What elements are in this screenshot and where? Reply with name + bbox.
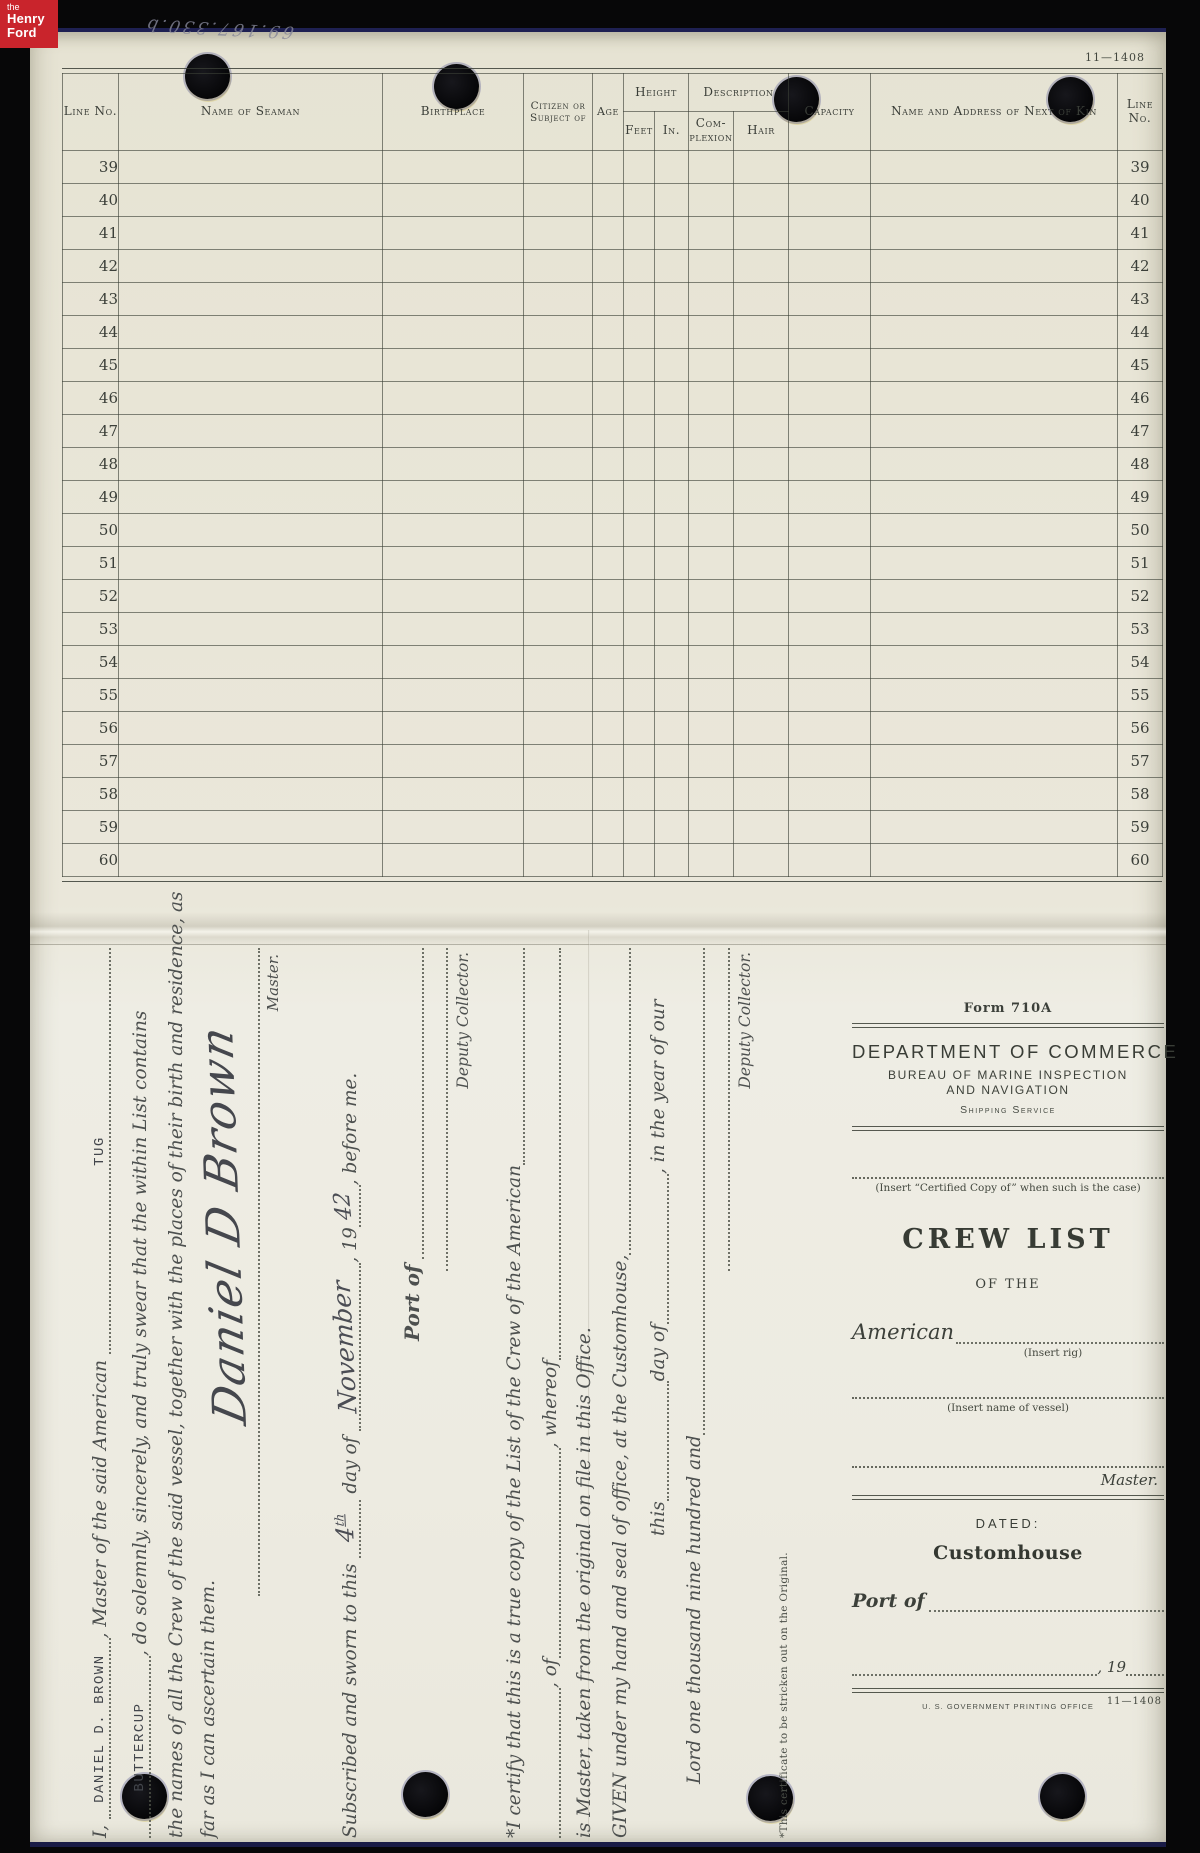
- form-number-top: 11—1408: [1085, 51, 1145, 64]
- empty-cell-citizen: [524, 514, 593, 547]
- header-citizen: Citizen or Subject of: [524, 74, 593, 151]
- empty-cell-inches: [655, 151, 689, 184]
- empty-cell-hair: [734, 184, 789, 217]
- header-hair: Hair: [734, 112, 789, 151]
- empty-cell-feet: [624, 547, 655, 580]
- empty-cell-complexion: [689, 250, 734, 283]
- line-number-right: 50: [1118, 514, 1163, 547]
- empty-cell-birthplace: [383, 481, 524, 514]
- table-row: 48 48: [63, 448, 1163, 481]
- bureau-line-2: AND NAVIGATION: [852, 1083, 1164, 1098]
- table-row: 54 54: [63, 646, 1163, 679]
- empty-cell-name: [119, 481, 383, 514]
- line-number-left: 59: [63, 811, 119, 844]
- empty-cell-birthplace: [383, 547, 524, 580]
- empty-cell-next-of-kin: [871, 184, 1118, 217]
- empty-cell-inches: [655, 349, 689, 382]
- empty-cell-inches: [655, 547, 689, 580]
- certified-copy-blank: [852, 1175, 1164, 1179]
- certified-copy-note: (Insert “Certified Copy of” when such is…: [852, 1182, 1164, 1194]
- empty-cell-capacity: [789, 580, 871, 613]
- empty-cell-inches: [655, 844, 689, 877]
- empty-cell-citizen: [524, 415, 593, 448]
- empty-cell-age: [593, 448, 624, 481]
- empty-cell-citizen: [524, 349, 593, 382]
- empty-cell-name: [119, 811, 383, 844]
- year-of-our-label: , in the year of our: [648, 999, 669, 1174]
- line-number-right: 52: [1118, 580, 1163, 613]
- empty-cell-age: [593, 679, 624, 712]
- table-row: 59 59: [63, 811, 1163, 844]
- empty-cell-age: [593, 547, 624, 580]
- empty-cell-complexion: [689, 184, 734, 217]
- empty-cell-name: [119, 646, 383, 679]
- date-blank: [852, 1659, 1097, 1676]
- table-row: 41 41: [63, 217, 1163, 250]
- bureau-line-1: BUREAU OF MARINE INSPECTION: [852, 1068, 1164, 1083]
- empty-cell-next-of-kin: [871, 613, 1118, 646]
- insert-vessel-caption: (Insert name of vessel): [852, 1402, 1164, 1414]
- empty-cell-complexion: [689, 811, 734, 844]
- day-handwritten: 4th: [330, 1513, 360, 1543]
- empty-cell-age: [593, 646, 624, 679]
- empty-cell-next-of-kin: [871, 547, 1118, 580]
- empty-cell-hair: [734, 448, 789, 481]
- line-number-left: 53: [63, 613, 119, 646]
- oath-line-3: the names of all the Crew of the said ve…: [166, 948, 187, 1838]
- shipping-service-label: Shipping Service: [852, 1104, 1164, 1116]
- empty-cell-name: [119, 613, 383, 646]
- empty-cell-next-of-kin: [871, 811, 1118, 844]
- gpo-footer: U. S. GOVERNMENT PRINTING OFFICE 11—1408: [852, 1698, 1164, 1712]
- empty-cell-hair: [734, 382, 789, 415]
- empty-cell-complexion: [689, 448, 734, 481]
- empty-cell-age: [593, 316, 624, 349]
- empty-cell-feet: [624, 679, 655, 712]
- empty-cell-age: [593, 514, 624, 547]
- empty-cell-inches: [655, 646, 689, 679]
- port-of-line: Port of: [400, 948, 424, 1341]
- photo-of-crew-list-form: { "branding": {"the": "the", "henry": "H…: [0, 0, 1200, 1853]
- empty-cell-feet: [624, 184, 655, 217]
- empty-cell-hair: [734, 844, 789, 877]
- certify-line-4: GIVEN under my hand and seal of office, …: [610, 948, 631, 1838]
- empty-cell-inches: [655, 679, 689, 712]
- empty-cell-name: [119, 217, 383, 250]
- empty-cell-feet: [624, 151, 655, 184]
- empty-cell-next-of-kin: [871, 250, 1118, 283]
- empty-cell-feet: [624, 448, 655, 481]
- empty-cell-capacity: [789, 844, 871, 877]
- certify-line-3: is Master, taken from the original on fi…: [574, 948, 595, 1838]
- empty-cell-feet: [624, 712, 655, 745]
- empty-cell-citizen: [524, 283, 593, 316]
- year-19-label: , 19: [1097, 1658, 1126, 1676]
- deputy-signature-line: [446, 948, 448, 1271]
- empty-cell-capacity: [789, 679, 871, 712]
- oath-line-2: BUTTERCUP , do solemnly, sincerely, and …: [130, 948, 151, 1838]
- gpo-imprint: U. S. GOVERNMENT PRINTING OFFICE: [922, 1702, 1094, 1711]
- vessel-name-typed: BUTTERCUP: [132, 1656, 151, 1838]
- line-number-left: 60: [63, 844, 119, 877]
- certify-text-6: Lord one thousand nine hundred and: [684, 1435, 705, 1784]
- certify-blank-2a: [541, 1688, 562, 1838]
- empty-cell-inches: [655, 778, 689, 811]
- empty-cell-age: [593, 250, 624, 283]
- table-row: 52 52: [63, 580, 1163, 613]
- empty-cell-capacity: [789, 514, 871, 547]
- line-number-left: 55: [63, 679, 119, 712]
- empty-cell-complexion: [689, 679, 734, 712]
- empty-cell-complexion: [689, 514, 734, 547]
- empty-cell-citizen: [524, 745, 593, 778]
- empty-cell-next-of-kin: [871, 745, 1118, 778]
- certify-blank-2c: [541, 948, 562, 1360]
- table-row: 43 43: [63, 283, 1163, 316]
- empty-cell-next-of-kin: [871, 151, 1118, 184]
- certificate-footnote: *This certificate to be stricken out on …: [778, 1552, 790, 1838]
- empty-cell-age: [593, 844, 624, 877]
- deputy-collector-label: Deputy Collector.: [454, 952, 472, 1089]
- empty-cell-next-of-kin: [871, 712, 1118, 745]
- empty-cell-age: [593, 283, 624, 316]
- table-row: 47 47: [63, 415, 1163, 448]
- line-number-left: 43: [63, 283, 119, 316]
- line-number-right: 58: [1118, 778, 1163, 811]
- line-number-left: 54: [63, 646, 119, 679]
- table-body: 39 39 40: [63, 151, 1163, 877]
- empty-cell-complexion: [689, 547, 734, 580]
- empty-cell-hair: [734, 613, 789, 646]
- empty-cell-next-of-kin: [871, 316, 1118, 349]
- empty-cell-complexion: [689, 778, 734, 811]
- line-number-left: 57: [63, 745, 119, 778]
- header-age: Age: [593, 74, 624, 151]
- empty-cell-citizen: [524, 184, 593, 217]
- day-of-label: day of: [648, 1324, 669, 1381]
- table-row: 55 55: [63, 679, 1163, 712]
- empty-cell-name: [119, 250, 383, 283]
- empty-cell-complexion: [689, 151, 734, 184]
- subscribed-pre: Subscribed and sworn to this: [340, 1563, 361, 1838]
- empty-cell-birthplace: [383, 712, 524, 745]
- line-number-left: 44: [63, 316, 119, 349]
- empty-cell-age: [593, 811, 624, 844]
- double-rule: [852, 1688, 1164, 1693]
- line-number-left: 52: [63, 580, 119, 613]
- line-number-left: 42: [63, 250, 119, 283]
- line-number-left: 45: [63, 349, 119, 382]
- certify-blank-5b: [649, 1174, 670, 1324]
- whereof-label: , whereof: [540, 1360, 561, 1448]
- header-birthplace: Birthplace: [383, 74, 524, 151]
- american-label: American: [852, 1320, 954, 1344]
- empty-cell-citizen: [524, 811, 593, 844]
- line-number-right: 51: [1118, 547, 1163, 580]
- empty-cell-birthplace: [383, 316, 524, 349]
- punch-hole: [1040, 1774, 1085, 1819]
- empty-cell-birthplace: [383, 415, 524, 448]
- empty-cell-name: [119, 745, 383, 778]
- empty-cell-complexion: [689, 415, 734, 448]
- empty-cell-citizen: [524, 712, 593, 745]
- double-rule: [852, 1495, 1164, 1500]
- empty-cell-hair: [734, 316, 789, 349]
- certify-blank-4: [611, 948, 632, 1255]
- year-handwritten: 42: [329, 1192, 357, 1221]
- empty-cell-inches: [655, 811, 689, 844]
- header-complexion: Com-plexion: [689, 112, 734, 151]
- deputy-signature-line-2: [728, 948, 730, 1271]
- header-capacity: Capacity: [789, 74, 871, 151]
- logo-word-henry: Henry: [7, 12, 58, 26]
- empty-cell-next-of-kin: [871, 217, 1118, 250]
- certify-blank-2b: [541, 1448, 562, 1658]
- empty-cell-age: [593, 349, 624, 382]
- header-inches: In.: [655, 112, 689, 151]
- empty-cell-birthplace: [383, 811, 524, 844]
- empty-cell-capacity: [789, 316, 871, 349]
- empty-cell-complexion: [689, 316, 734, 349]
- empty-cell-next-of-kin: [871, 778, 1118, 811]
- empty-cell-name: [119, 679, 383, 712]
- empty-cell-complexion: [689, 844, 734, 877]
- line-number-left: 48: [63, 448, 119, 481]
- month-handwritten: November: [326, 1279, 362, 1414]
- department-title: DEPARTMENT OF COMMERCE: [852, 1041, 1164, 1063]
- empty-cell-birthplace: [383, 349, 524, 382]
- empty-cell-age: [593, 778, 624, 811]
- table-row: 58 58: [63, 778, 1163, 811]
- empty-cell-citizen: [524, 448, 593, 481]
- american-rig-line: American: [852, 1320, 1164, 1344]
- empty-cell-feet: [624, 283, 655, 316]
- empty-cell-age: [593, 151, 624, 184]
- table-top-rule: [62, 68, 1162, 69]
- of-the-label: OF THE: [852, 1277, 1164, 1292]
- line-number-right: 55: [1118, 679, 1163, 712]
- form-title-block: Form 710A DEPARTMENT OF COMMERCE BUREAU …: [852, 997, 1164, 1712]
- date-year-line: , 19: [852, 1658, 1164, 1676]
- empty-cell-next-of-kin: [871, 679, 1118, 712]
- empty-cell-age: [593, 580, 624, 613]
- line-number-right: 42: [1118, 250, 1163, 283]
- empty-cell-inches: [655, 613, 689, 646]
- empty-cell-feet: [624, 514, 655, 547]
- oath-line1-mid: , Master of the said American: [90, 1360, 111, 1638]
- empty-cell-hair: [734, 580, 789, 613]
- empty-cell-hair: [734, 745, 789, 778]
- empty-cell-birthplace: [383, 151, 524, 184]
- subscribed-line: Subscribed and sworn to this 4th day of …: [330, 948, 361, 1838]
- empty-cell-inches: [655, 415, 689, 448]
- table-row: 57 57: [63, 745, 1163, 778]
- port-of-blank-bottom: [929, 1598, 1164, 1612]
- empty-cell-capacity: [789, 613, 871, 646]
- empty-cell-name: [119, 547, 383, 580]
- empty-cell-hair: [734, 778, 789, 811]
- empty-cell-birthplace: [383, 679, 524, 712]
- empty-cell-capacity: [789, 382, 871, 415]
- empty-cell-citizen: [524, 250, 593, 283]
- oath-line3-text: the names of all the Crew of the said ve…: [166, 892, 187, 1838]
- empty-cell-birthplace: [383, 184, 524, 217]
- oath-section-rotated: I, DANIEL D. BROWN , Master of the said …: [80, 936, 820, 1846]
- master-label: Master.: [852, 1471, 1158, 1489]
- form-number-label: Form 710A: [852, 1001, 1164, 1016]
- customhouse-label: Customhouse: [852, 1542, 1164, 1564]
- line-number-right: 60: [1118, 844, 1163, 877]
- empty-cell-feet: [624, 646, 655, 679]
- empty-cell-name: [119, 283, 383, 316]
- empty-cell-feet: [624, 745, 655, 778]
- empty-cell-birthplace: [383, 448, 524, 481]
- empty-cell-birthplace: [383, 745, 524, 778]
- empty-cell-hair: [734, 547, 789, 580]
- empty-cell-birthplace: [383, 844, 524, 877]
- empty-cell-capacity: [789, 745, 871, 778]
- line-number-right: 59: [1118, 811, 1163, 844]
- empty-cell-name: [119, 415, 383, 448]
- table-bottom-rule: [62, 881, 1162, 882]
- empty-cell-capacity: [789, 778, 871, 811]
- oath-line-1: I, DANIEL D. BROWN , Master of the said …: [90, 948, 111, 1838]
- empty-cell-complexion: [689, 580, 734, 613]
- line-number-left: 39: [63, 151, 119, 184]
- line-number-left: 47: [63, 415, 119, 448]
- empty-cell-next-of-kin: [871, 283, 1118, 316]
- line-number-left: 40: [63, 184, 119, 217]
- empty-cell-age: [593, 613, 624, 646]
- empty-cell-hair: [734, 481, 789, 514]
- line-number-left: 41: [63, 217, 119, 250]
- empty-cell-complexion: [689, 382, 734, 415]
- header-line-no-right: Line No.: [1118, 74, 1163, 151]
- empty-cell-age: [593, 712, 624, 745]
- empty-cell-citizen: [524, 613, 593, 646]
- certify-text-3: is Master, taken from the original on fi…: [574, 1327, 595, 1838]
- empty-cell-age: [593, 217, 624, 250]
- empty-cell-feet: [624, 778, 655, 811]
- empty-cell-inches: [655, 217, 689, 250]
- empty-cell-capacity: [789, 448, 871, 481]
- line-number-right: 56: [1118, 712, 1163, 745]
- table-row: 39 39: [63, 151, 1163, 184]
- empty-cell-inches: [655, 250, 689, 283]
- header-line-no-left: Line No.: [63, 74, 119, 151]
- empty-cell-complexion: [689, 613, 734, 646]
- empty-cell-name: [119, 382, 383, 415]
- empty-cell-hair: [734, 283, 789, 316]
- empty-cell-next-of-kin: [871, 415, 1118, 448]
- empty-cell-hair: [734, 250, 789, 283]
- empty-cell-capacity: [789, 151, 871, 184]
- empty-cell-complexion: [689, 283, 734, 316]
- crew-list-table: Line No. Name of Seaman Birthplace Citiz…: [62, 73, 1163, 877]
- empty-cell-feet: [624, 316, 655, 349]
- empty-cell-age: [593, 481, 624, 514]
- empty-cell-capacity: [789, 349, 871, 382]
- subscribed-mid: day of: [340, 1436, 361, 1493]
- form-number-bottom: 11—1408: [1107, 1696, 1162, 1707]
- empty-cell-feet: [624, 811, 655, 844]
- empty-cell-name: [119, 151, 383, 184]
- rig-typed: TUG: [92, 948, 111, 1354]
- empty-cell-name: [119, 580, 383, 613]
- line-number-right: 47: [1118, 415, 1163, 448]
- empty-cell-capacity: [789, 415, 871, 448]
- deputy-collector-label-2: Deputy Collector.: [736, 952, 754, 1089]
- scanned-paper-sheet: 69.167.330.b 11—1408 Line No. Name of Se…: [30, 32, 1166, 1842]
- empty-cell-capacity: [789, 184, 871, 217]
- oath-i-label: I,: [90, 1825, 111, 1838]
- catalog-annotation-handwritten: 69.167.330.b: [102, 12, 336, 44]
- empty-cell-capacity: [789, 250, 871, 283]
- line-number-right: 53: [1118, 613, 1163, 646]
- port-of-label-bottom: Port of: [852, 1590, 925, 1612]
- empty-cell-complexion: [689, 712, 734, 745]
- oath-line2-text: , do solemnly, sincerely, and truly swea…: [130, 1011, 151, 1656]
- certify-line-6: Lord one thousand nine hundred and: [684, 948, 705, 1784]
- empty-cell-feet: [624, 349, 655, 382]
- empty-cell-hair: [734, 679, 789, 712]
- table-row: 46 46: [63, 382, 1163, 415]
- header-next-of-kin: Name and Address of Next of Kin: [871, 74, 1118, 151]
- this-label: this: [648, 1501, 669, 1536]
- empty-cell-citizen: [524, 646, 593, 679]
- empty-cell-age: [593, 745, 624, 778]
- empty-cell-citizen: [524, 151, 593, 184]
- empty-cell-birthplace: [383, 580, 524, 613]
- signature-line: [258, 948, 260, 1596]
- line-number-left: 49: [63, 481, 119, 514]
- line-number-left: 50: [63, 514, 119, 547]
- line-number-right: 40: [1118, 184, 1163, 217]
- master-signature-blank: [852, 1464, 1164, 1468]
- empty-cell-hair: [734, 151, 789, 184]
- line-number-left: 58: [63, 778, 119, 811]
- empty-cell-birthplace: [383, 217, 524, 250]
- empty-cell-feet: [624, 580, 655, 613]
- line-number-left: 51: [63, 547, 119, 580]
- empty-cell-complexion: [689, 646, 734, 679]
- empty-cell-feet: [624, 844, 655, 877]
- certify-line-1: *I certify that this is a true copy of t…: [504, 948, 525, 1838]
- rig-blank: [956, 1330, 1164, 1344]
- certify-blank-5a: [649, 1381, 670, 1501]
- empty-cell-inches: [655, 580, 689, 613]
- table-row: 53 53: [63, 613, 1163, 646]
- empty-cell-capacity: [789, 217, 871, 250]
- year-blank: [1126, 1659, 1164, 1676]
- empty-cell-next-of-kin: [871, 844, 1118, 877]
- certify-text-4: GIVEN under my hand and seal of office, …: [610, 1255, 631, 1838]
- line-number-right: 41: [1118, 217, 1163, 250]
- empty-cell-citizen: [524, 778, 593, 811]
- table-row: 44 44: [63, 316, 1163, 349]
- empty-cell-hair: [734, 349, 789, 382]
- header-name-of-seaman: Name of Seaman: [119, 74, 383, 151]
- certify-blank-6: [685, 948, 706, 1435]
- vessel-name-blank: [852, 1395, 1164, 1399]
- empty-cell-name: [119, 712, 383, 745]
- crew-list-title: CREW LIST: [852, 1224, 1164, 1255]
- empty-cell-name: [119, 514, 383, 547]
- empty-cell-hair: [734, 646, 789, 679]
- header-height-group: Height: [624, 74, 689, 112]
- certify-line-2: , of , whereof: [540, 948, 561, 1838]
- master-name-typed: DANIEL D. BROWN: [92, 1638, 111, 1819]
